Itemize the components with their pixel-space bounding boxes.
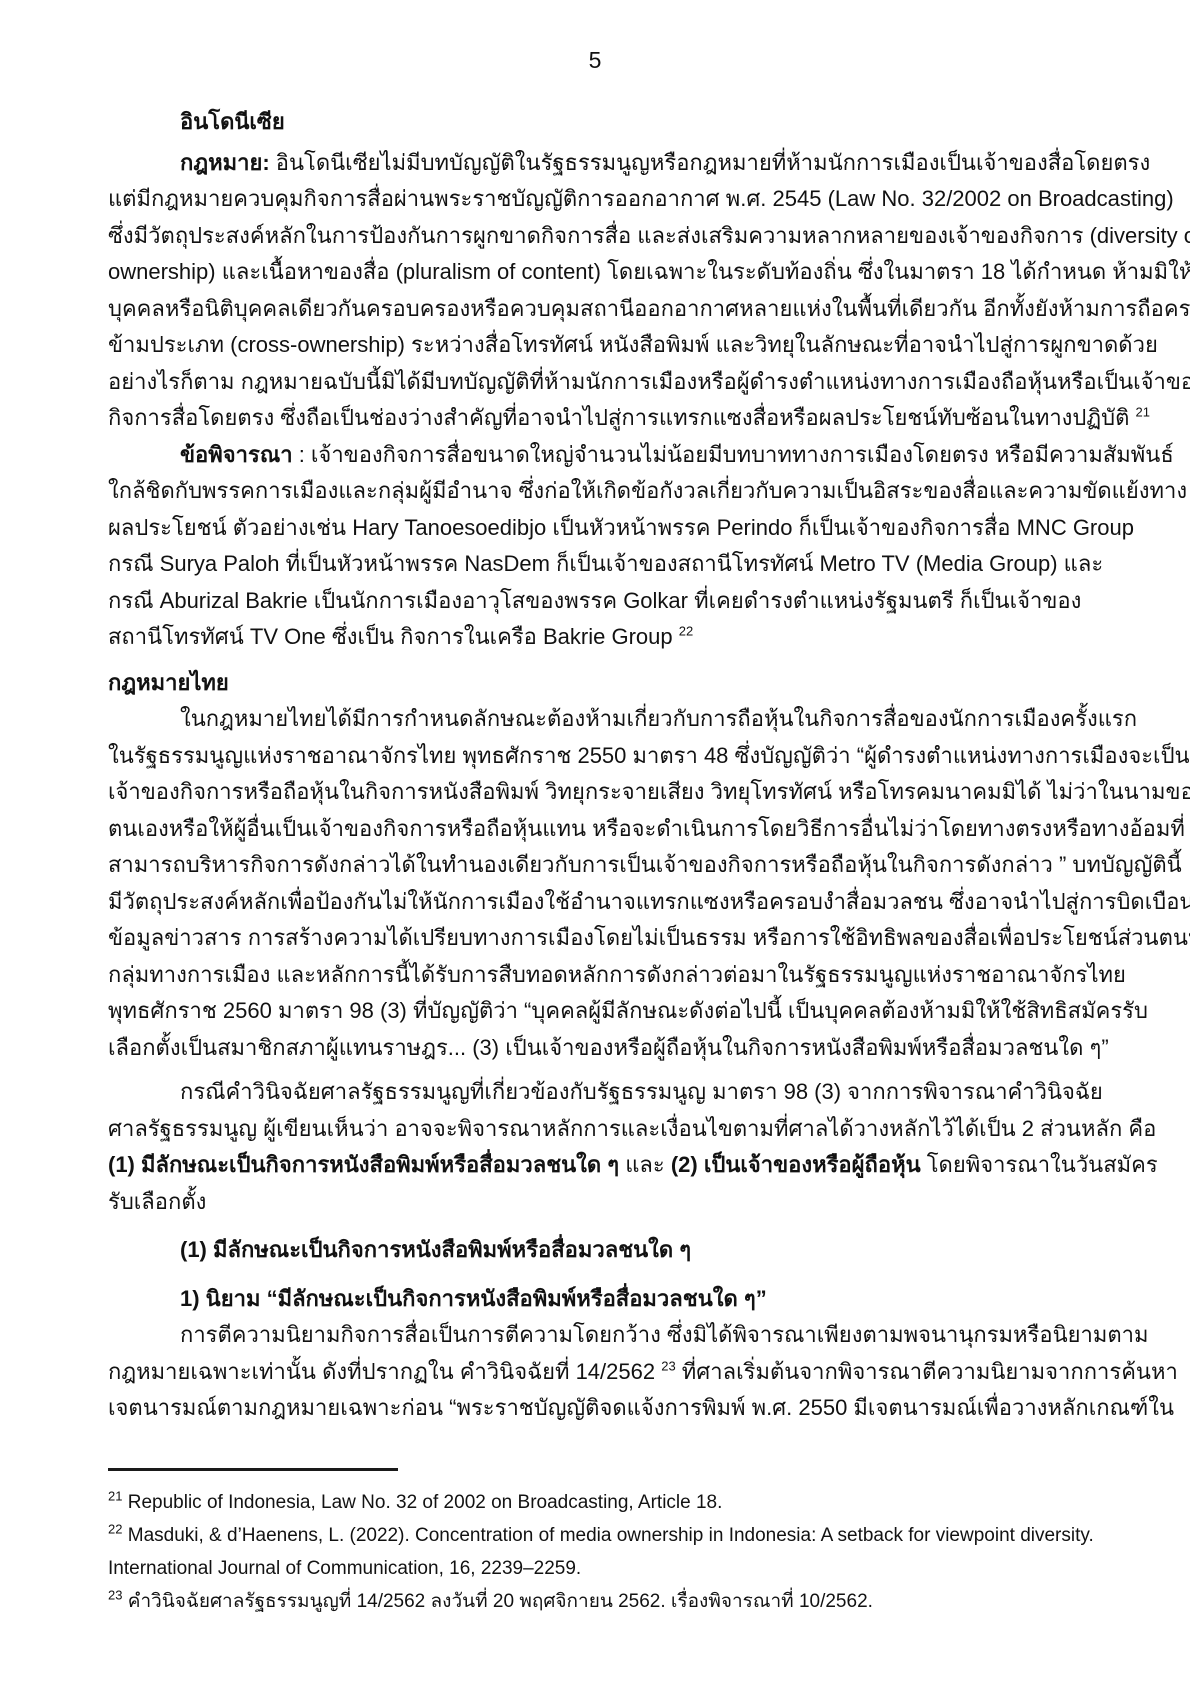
text-line: ข้อพิจารณา : เจ้าของกิจการสื่อขนาดใหญ่จำ…	[108, 437, 1086, 474]
document-page: 5 อินโดนีเซียกฎหมาย: อินโดนีเซียไม่มีบทบ…	[0, 0, 1190, 1683]
text-run: Republic of Indonesia, Law No. 32 of 200…	[122, 1492, 722, 1513]
para-consideration: ข้อพิจารณา : เจ้าของกิจการสื่อขนาดใหญ่จำ…	[108, 437, 1086, 656]
footnote-ref: 22	[679, 624, 693, 639]
text-run: อย่างไรก็ตาม กฎหมายฉบับนี้มิได้มีบทบัญญั…	[108, 369, 1190, 394]
text-line: สามารถบริหารกิจการดังกล่าวได้ในทำนองเดีย…	[108, 847, 1086, 884]
heading-indonesia: อินโดนีเซีย	[108, 104, 1086, 141]
text-line: (1) มีลักษณะเป็นกิจการหนังสือพิมพ์หรือสื…	[108, 1232, 1086, 1269]
text-run: : เจ้าของกิจการสื่อขนาดใหญ่จำนวนไม่น้อยม…	[293, 442, 1174, 467]
heading-thai-law: กฎหมายไทย	[108, 665, 1086, 702]
text-run: และ	[619, 1152, 671, 1177]
text-line: กลุ่มทางการเมือง และหลักการนี้ได้รับการส…	[108, 957, 1086, 994]
subheading-1-media-business: (1) มีลักษณะเป็นกิจการหนังสือพิมพ์หรือสื…	[108, 1232, 1086, 1269]
document-body: อินโดนีเซียกฎหมาย: อินโดนีเซียไม่มีบทบัญ…	[108, 104, 1086, 1427]
text-line: กฎหมายไทย	[108, 665, 1086, 702]
text-run: ที่ศาลเริ่มต้นจากพิจารณาตีความนิยามจากกา…	[676, 1359, 1178, 1384]
text-line: กรณีคำวินิจฉัยศาลรัฐธรรมนูญที่เกี่ยวข้อง…	[108, 1074, 1086, 1111]
text-line: ข้ามประเภท (cross-ownership) ระหว่างสื่อ…	[108, 327, 1086, 364]
text-run: อินโดนีเซียไม่มีบทบัญญัติในรัฐธรรมนูญหรื…	[270, 150, 1151, 175]
footnote-line: 23 คำวินิจฉัยศาลรัฐธรรมนูญที่ 14/2562 ลง…	[108, 1585, 1086, 1618]
text-run: การตีความนิยามกิจการสื่อเป็นการตีความโดย…	[180, 1322, 1149, 1347]
text-line: กรณี Aburizal Bakrie เป็นนักการเมืองอาวุ…	[108, 583, 1086, 620]
subheading-definition: 1) นิยาม “มีลักษณะเป็นกิจการหนังสือพิมพ์…	[108, 1281, 1086, 1318]
footnotes: 21 Republic of Indonesia, Law No. 32 of …	[108, 1486, 1086, 1618]
text-line: (1) มีลักษณะเป็นกิจการหนังสือพิมพ์หรือสื…	[108, 1147, 1086, 1184]
text-run: เจตนารมณ์ตามกฎหมายเฉพาะก่อน “พระราชบัญญั…	[108, 1395, 1174, 1420]
text-run: Masduki, & d’Haenens, L. (2022). Concent…	[122, 1525, 1093, 1546]
text-line: กฎหมาย: อินโดนีเซียไม่มีบทบัญญัติในรัฐธร…	[108, 145, 1086, 182]
text-line: เจตนารมณ์ตามกฎหมายเฉพาะก่อน “พระราชบัญญั…	[108, 1390, 1086, 1427]
footnote-ref: 21	[108, 1489, 122, 1504]
para-indonesia-law: กฎหมาย: อินโดนีเซียไม่มีบทบัญญัติในรัฐธร…	[108, 145, 1086, 437]
text-run: คำวินิจฉัยศาลรัฐธรรมนูญที่ 14/2562 ลงวัน…	[122, 1591, 872, 1612]
text-run: ผลประโยชน์ ตัวอย่างเช่น Hary Tanoesoedib…	[108, 515, 1134, 540]
footnote-ref: 21	[1136, 405, 1150, 420]
footnote-line: 22 Masduki, & d’Haenens, L. (2022). Conc…	[108, 1519, 1086, 1552]
text-run: กรณี Aburizal Bakrie เป็นนักการเมืองอาวุ…	[108, 588, 1081, 613]
text-line: บุคคลหรือนิติบุคคลเดียวกันครอบครองหรือคว…	[108, 291, 1086, 328]
text-run: กลุ่มทางการเมือง และหลักการนี้ได้รับการส…	[108, 962, 1126, 987]
text-run: มีวัตถุประสงค์หลักเพื่อป้องกันไม่ให้นักก…	[108, 889, 1190, 914]
text-run: บุคคลหรือนิติบุคคลเดียวกันครอบครองหรือคว…	[108, 296, 1190, 321]
text-line: รับเลือกตั้ง	[108, 1184, 1086, 1221]
text-run: เจ้าของกิจการหรือถือหุ้นในกิจการหนังสือพ…	[108, 779, 1190, 804]
text-run: ศาลรัฐธรรมนูญ ผู้เขียนเห็นว่า อาจจะพิจาร…	[108, 1116, 1156, 1141]
footnote-line: 21 Republic of Indonesia, Law No. 32 of …	[108, 1486, 1086, 1519]
text-run: (1) มีลักษณะเป็นกิจการหนังสือพิมพ์หรือสื…	[108, 1152, 619, 1177]
text-run: ownership) และเนื้อหาของสื่อ (pluralism …	[108, 259, 1190, 284]
text-run: กฎหมาย:	[180, 150, 270, 175]
text-line: แต่มีกฎหมายควบคุมกิจการสื่อผ่านพระราชบัญ…	[108, 181, 1086, 218]
footnote-ref: 23	[661, 1358, 675, 1373]
text-line: พุทธศักราช 2560 มาตรา 98 (3) ที่บัญญัติว…	[108, 993, 1086, 1030]
text-run: กฎหมายไทย	[108, 670, 229, 695]
text-line: มีวัตถุประสงค์หลักเพื่อป้องกันไม่ให้นักก…	[108, 884, 1086, 921]
text-run: ข้อพิจารณา	[180, 442, 293, 467]
text-line: เจ้าของกิจการหรือถือหุ้นในกิจการหนังสือพ…	[108, 774, 1086, 811]
text-line: ศาลรัฐธรรมนูญ ผู้เขียนเห็นว่า อาจจะพิจาร…	[108, 1111, 1086, 1148]
text-run: ใกล้ชิดกับพรรคการเมืองและกลุ่มผู้มีอำนาจ…	[108, 478, 1187, 503]
text-line: การตีความนิยามกิจการสื่อเป็นการตีความโดย…	[108, 1317, 1086, 1354]
text-run: กฎหมายเฉพาะเท่านั้น ดังที่ปรากฏใน คำวินิ…	[108, 1359, 661, 1384]
text-run: เลือกตั้งเป็นสมาชิกสภาผู้แทนราษฎร... (3)…	[108, 1035, 1109, 1060]
para-court-rulings: กรณีคำวินิจฉัยศาลรัฐธรรมนูญที่เกี่ยวข้อง…	[108, 1074, 1086, 1220]
text-line: ซึ่งมีวัตถุประสงค์หลักในการป้องกันการผูก…	[108, 218, 1086, 255]
text-run: กรณีคำวินิจฉัยศาลรัฐธรรมนูญที่เกี่ยวข้อง…	[180, 1079, 1103, 1104]
text-run: กรณี Surya Paloh ที่เป็นหัวหน้าพรรค NasD…	[108, 551, 1103, 576]
text-run: อินโดนีเซีย	[180, 109, 285, 134]
page-number: 5	[0, 42, 1190, 78]
text-run: ในกฎหมายไทยได้มีการกำหนดลักษณะต้องห้ามเก…	[180, 706, 1137, 731]
text-line: กฎหมายเฉพาะเท่านั้น ดังที่ปรากฏใน คำวินิ…	[108, 1354, 1086, 1391]
text-line: อินโดนีเซีย	[108, 104, 1086, 141]
text-run: International Journal of Communication, …	[108, 1558, 581, 1579]
text-line: 1) นิยาม “มีลักษณะเป็นกิจการหนังสือพิมพ์…	[108, 1281, 1086, 1318]
text-line: อย่างไรก็ตาม กฎหมายฉบับนี้มิได้มีบทบัญญั…	[108, 364, 1086, 401]
text-run: (1) มีลักษณะเป็นกิจการหนังสือพิมพ์หรือสื…	[180, 1237, 691, 1262]
text-run: พุทธศักราช 2560 มาตรา 98 (3) ที่บัญญัติว…	[108, 998, 1148, 1023]
text-line: ในกฎหมายไทยได้มีการกำหนดลักษณะต้องห้ามเก…	[108, 701, 1086, 738]
text-run: แต่มีกฎหมายควบคุมกิจการสื่อผ่านพระราชบัญ…	[108, 186, 1174, 211]
para-thai-law: ในกฎหมายไทยได้มีการกำหนดลักษณะต้องห้ามเก…	[108, 701, 1086, 1066]
text-run: ซึ่งมีวัตถุประสงค์หลักในการป้องกันการผูก…	[108, 223, 1190, 248]
text-line: สถานีโทรทัศน์ TV One ซึ่งเป็น กิจการในเค…	[108, 619, 1086, 656]
text-line: กรณี Surya Paloh ที่เป็นหัวหน้าพรรค NasD…	[108, 546, 1086, 583]
text-line: ในรัฐธรรมนูญแห่งราชอาณาจักรไทย พุทธศักรา…	[108, 738, 1086, 775]
text-run: ข้ามประเภท (cross-ownership) ระหว่างสื่อ…	[108, 332, 1158, 357]
text-line: กิจการสื่อโดยตรง ซึ่งถือเป็นช่องว่างสำคั…	[108, 400, 1086, 437]
text-line: เลือกตั้งเป็นสมาชิกสภาผู้แทนราษฎร... (3)…	[108, 1030, 1086, 1067]
text-run: โดยพิจารณาในวันสมัคร	[921, 1152, 1158, 1177]
text-line: ผลประโยชน์ ตัวอย่างเช่น Hary Tanoesoedib…	[108, 510, 1086, 547]
text-line: ตนเองหรือให้ผู้อื่นเป็นเจ้าของกิจการหรือ…	[108, 811, 1086, 848]
text-line: ข้อมูลข่าวสาร การสร้างความได้เปรียบทางกา…	[108, 920, 1086, 957]
text-line: ownership) และเนื้อหาของสื่อ (pluralism …	[108, 254, 1086, 291]
para-interpretation: การตีความนิยามกิจการสื่อเป็นการตีความโดย…	[108, 1317, 1086, 1427]
text-run: ข้อมูลข่าวสาร การสร้างความได้เปรียบทางกา…	[108, 925, 1190, 950]
text-run: ในรัฐธรรมนูญแห่งราชอาณาจักรไทย พุทธศักรา…	[108, 743, 1190, 768]
text-run: กิจการสื่อโดยตรง ซึ่งถือเป็นช่องว่างสำคั…	[108, 405, 1136, 430]
text-run: ตนเองหรือให้ผู้อื่นเป็นเจ้าของกิจการหรือ…	[108, 816, 1185, 841]
text-line: ใกล้ชิดกับพรรคการเมืองและกลุ่มผู้มีอำนาจ…	[108, 473, 1086, 510]
text-run: 1) นิยาม “มีลักษณะเป็นกิจการหนังสือพิมพ์…	[180, 1286, 767, 1311]
footnote-ref: 22	[108, 1522, 122, 1537]
text-run: สถานีโทรทัศน์ TV One ซึ่งเป็น กิจการในเค…	[108, 624, 679, 649]
footnote-ref: 23	[108, 1588, 122, 1603]
text-run: รับเลือกตั้ง	[108, 1189, 206, 1214]
text-run: (2) เป็นเจ้าของหรือผู้ถือหุ้น	[671, 1152, 921, 1177]
text-run: สามารถบริหารกิจการดังกล่าวได้ในทำนองเดีย…	[108, 852, 1182, 877]
footnote-line: International Journal of Communication, …	[108, 1552, 1086, 1585]
footnote-separator-rule	[108, 1468, 398, 1471]
